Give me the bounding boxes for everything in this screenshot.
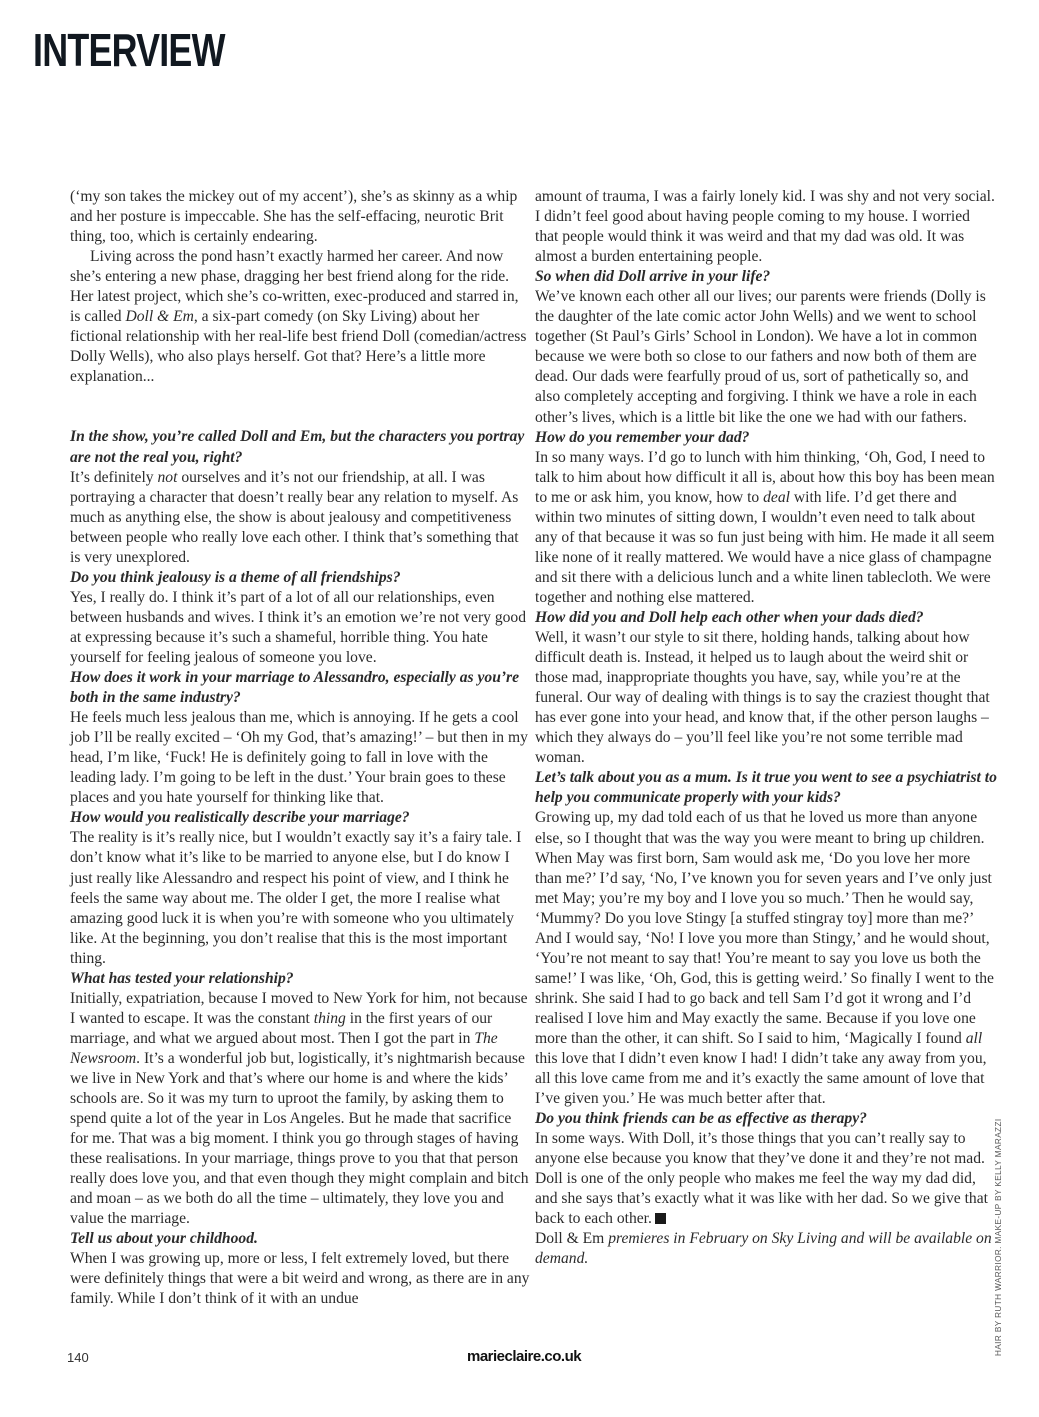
section-label: INTERVIEW	[33, 27, 225, 73]
intro-paragraph: Living across the pond hasn’t exactly ha…	[70, 247, 532, 387]
answer: He feels much less jealous than me, whic…	[70, 708, 532, 808]
page-number: 140	[67, 1350, 89, 1365]
photo-credit: HAIR BY RUTH WARRIOR. MAKE-UP BY KELLY M…	[994, 1118, 1003, 1356]
question: How does it work in your marriage to Ale…	[70, 668, 532, 708]
question: In the show, you’re called Doll and Em, …	[70, 427, 532, 467]
show-title: Doll & Em	[125, 308, 193, 325]
question: How do you remember your dad?	[535, 428, 997, 448]
answer-continuation: amount of trauma, I was a fairly lonely …	[535, 187, 997, 267]
question: What has tested your relationship?	[70, 969, 532, 989]
footnote: Doll & Em premieres in February on Sky L…	[535, 1229, 997, 1269]
question: How would you realistically describe you…	[70, 808, 532, 828]
answer: In so many ways. I’d go to lunch with hi…	[535, 448, 997, 608]
question: Let’s talk about you as a mum. Is it tru…	[535, 768, 997, 808]
answer: In some ways. With Doll, it’s those thin…	[535, 1129, 997, 1229]
footnote-title: Doll & Em	[535, 1230, 604, 1247]
answer: Well, it wasn’t our style to sit there, …	[535, 628, 997, 768]
question: Do you think jealousy is a theme of all …	[70, 568, 532, 588]
answer: Initially, expatriation, because I moved…	[70, 989, 532, 1230]
answer: When I was growing up, more or less, I f…	[70, 1249, 532, 1309]
answer: We’ve known each other all our lives; ou…	[535, 287, 997, 427]
footnote-text: premieres in February on Sky Living and …	[535, 1230, 992, 1267]
answer: Yes, I really do. I think it’s part of a…	[70, 588, 532, 668]
article-column-right: amount of trauma, I was a fairly lonely …	[535, 187, 997, 1270]
question: How did you and Doll help each other whe…	[535, 608, 997, 628]
intro-paragraph: (‘my son takes the mickey out of my acce…	[70, 187, 532, 247]
answer: The reality is it’s really nice, but I w…	[70, 828, 532, 968]
question: So when did Doll arrive in your life?	[535, 267, 997, 287]
question: Tell us about your childhood.	[70, 1229, 532, 1249]
answer: It’s definitely not ourselves and it’s n…	[70, 468, 532, 568]
end-mark-icon	[655, 1213, 666, 1224]
answer: Growing up, my dad told each of us that …	[535, 808, 997, 1109]
website-footer: marieclaire.co.uk	[467, 1348, 581, 1365]
question: Do you think friends can be as effective…	[535, 1109, 997, 1129]
article-column-left: (‘my son takes the mickey out of my acce…	[70, 187, 532, 1310]
